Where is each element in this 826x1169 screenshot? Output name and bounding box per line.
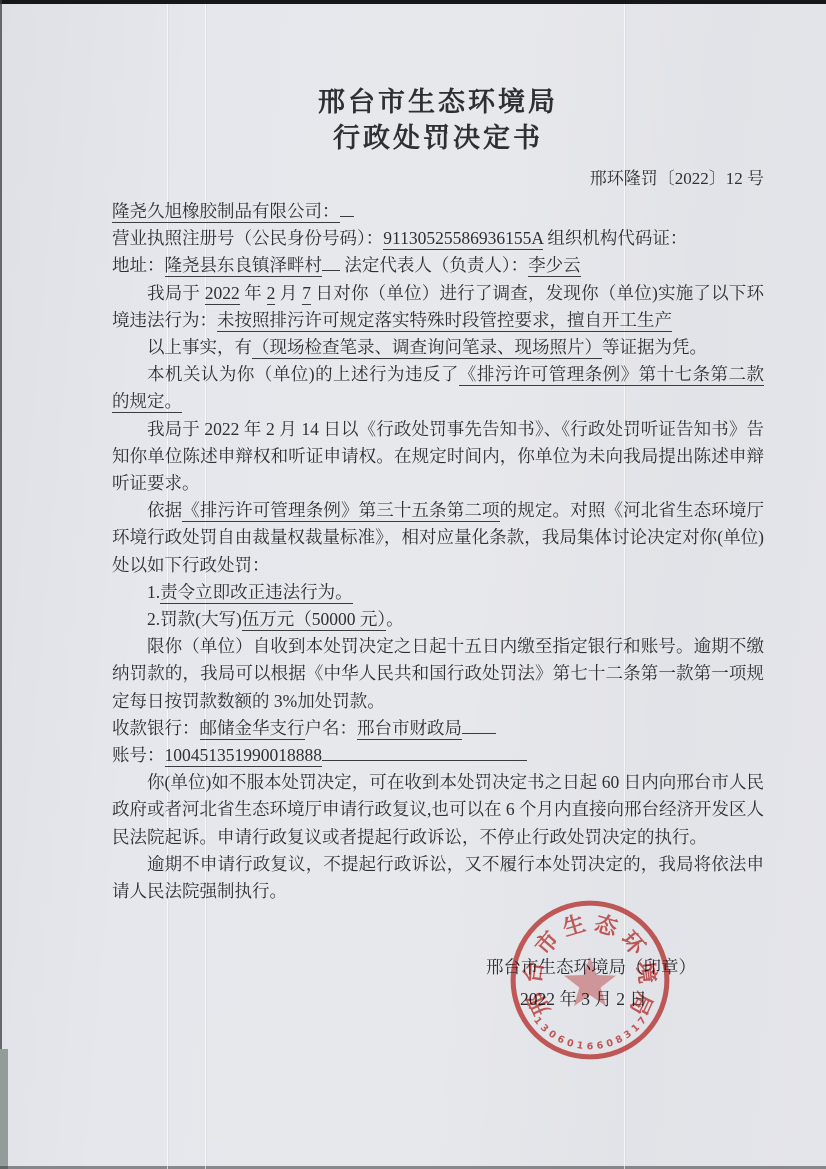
text-segment: 以上事实，有 xyxy=(147,337,252,357)
paragraph: 我局于 2022 年 2 月 7 日对你（单位）进行了调查，发现你（单位)实施了… xyxy=(112,280,764,334)
underlined-text: 《排污许可管理条例》第三十五条第二项 xyxy=(182,500,499,522)
underlined-text: 李少云 xyxy=(528,255,581,277)
document-body: 隆尧久旭橡胶制品有限公司：营业执照注册号（公民身份号码）：91130525586… xyxy=(112,198,764,905)
text-segment: 2.罚款(大写) xyxy=(147,609,242,629)
text-segment: 户名： xyxy=(305,718,358,738)
text-segment: 法定代表人（负责人）： xyxy=(340,255,528,275)
seal-char: 生 xyxy=(560,911,588,941)
seal-char: 邢 xyxy=(522,988,554,1019)
seal-char: 台 xyxy=(519,959,548,985)
seal-digit: 0 xyxy=(565,1037,575,1050)
text-segment: 年 xyxy=(240,283,267,303)
paragraph: 地址：隆尧县东良镇泽畔村 法定代表人（负责人）：李少云 xyxy=(112,252,764,279)
text-segment: 。 xyxy=(386,609,404,629)
underlined-text: 7 xyxy=(302,283,311,305)
text-segment: 你(单位)如不服本处罚决定，可在收到本处罚决定书之日起 60 日内向邢台市人民政… xyxy=(112,772,764,846)
official-seal: 邢台市生态环境局 1306016608317 xyxy=(504,895,676,1067)
paragraph: 营业执照注册号（公民身份号码）：91130525586936155A 组织机构代… xyxy=(112,225,764,252)
paragraph: 隆尧久旭橡胶制品有限公司： xyxy=(112,198,764,225)
underlined-text: 91130525586936155A xyxy=(383,228,543,250)
underlined-text: 邮储金华支行 xyxy=(200,718,305,740)
text-segment: 我局于 xyxy=(147,283,205,303)
text-segment: 等证据为凭。 xyxy=(602,337,707,357)
paragraph: 账号：100451351990018888 xyxy=(112,742,764,769)
text-segment: 依据 xyxy=(147,500,182,520)
text-segment: 收款银行： xyxy=(112,718,200,738)
paragraph: 你(单位)如不服本处罚决定，可在收到本处罚决定书之日起 60 日内向邢台市人民政… xyxy=(112,769,764,851)
underlined-text: 未按照排污许可规定落实特殊时段管控要求，擅自开工生产 xyxy=(217,310,672,332)
document: 邢台市生态环境局 行政处罚决定书 邢环隆罚〔2022〕12 号 隆尧久旭橡胶制品… xyxy=(0,0,826,1169)
seal-digit: 0 xyxy=(605,1037,615,1050)
underlined-text: 隆尧久旭橡胶制品有限公司： xyxy=(112,201,340,223)
underlined-text: 100451351990018888 xyxy=(165,745,323,767)
text-segment: 本机关认为你（单位)的上述行为违反了 xyxy=(147,364,459,384)
underlined-text: 伍万元（50000 元） xyxy=(242,609,386,631)
paragraph: 我局于 2022 年 2 月 14 日以《行政处罚事先告知书》、《行政处罚听证告… xyxy=(112,416,764,498)
seal-char: 境 xyxy=(632,959,661,985)
seal-digit: 6 xyxy=(587,1041,594,1052)
document-title: 邢台市生态环境局 行政处罚决定书 xyxy=(112,0,764,156)
seal-digit: 6 xyxy=(555,1034,566,1047)
seal-char: 局 xyxy=(625,989,657,1020)
underlined-text xyxy=(462,715,496,734)
text-segment: 限你（单位）自收到本处罚决定之日起十五日内缴至指定银行和账号。逾期不缴纳罚款的，… xyxy=(112,636,764,710)
paragraph: 限你（单位）自收到本处罚决定之日起十五日内缴至指定银行和账号。逾期不缴纳罚款的，… xyxy=(112,633,764,715)
paragraph: 依据《排污许可管理条例》第三十五条第二项的规定。对照《河北省生态环境厅环境行政处… xyxy=(112,497,764,579)
seal-char: 环 xyxy=(616,926,650,960)
text-segment: 月 xyxy=(275,283,302,303)
text-segment: 1. xyxy=(147,582,160,602)
underlined-text: 隆尧县东良镇泽畔村 xyxy=(165,255,323,277)
document-number: 邢环隆罚〔2022〕12 号 xyxy=(112,167,764,191)
paragraph: 本机关认为你（单位)的上述行为违反了《排污许可管理条例》第十七条第二款的规定。 xyxy=(112,361,764,415)
text-segment: 逾期不申请行政复议，不提起行政诉讼，又不履行本处罚决定的，我局将依法申请人民法院… xyxy=(112,854,764,901)
text-segment: 营业执照注册号（公民身份号码）： xyxy=(112,228,383,248)
scanned-page: 邢台市生态环境局 行政处罚决定书 邢环隆罚〔2022〕12 号 隆尧久旭橡胶制品… xyxy=(0,0,826,1169)
text-segment: 账号： xyxy=(112,745,165,765)
paragraph: 1.责令立即改正违法行为。 xyxy=(112,579,764,606)
underlined-text xyxy=(322,743,527,762)
paragraph: 2.罚款(大写)伍万元（50000 元）。 xyxy=(112,606,764,633)
seal-digit: 1 xyxy=(576,1040,585,1052)
title-doc-type-line: 行政处罚决定书 xyxy=(112,120,764,156)
text-segment: 我局于 2022 年 2 月 14 日以《行政处罚事先告知书》、《行政处罚听证告… xyxy=(112,419,764,493)
underlined-text: 邢台市财政局 xyxy=(357,718,462,740)
title-org-line: 邢台市生态环境局 xyxy=(112,84,764,120)
seal-star-icon xyxy=(564,957,616,1006)
paragraph: 收款银行：邮储金华支行户名：邢台市财政局 xyxy=(112,715,764,742)
seal-digit: 6 xyxy=(596,1040,605,1052)
seal-char: 市 xyxy=(530,926,563,959)
underlined-text xyxy=(340,199,354,218)
seal-char: 态 xyxy=(592,910,621,941)
underlined-text: 责令立即改正违法行为。 xyxy=(160,582,353,604)
underlined-text: 2022 xyxy=(205,283,240,305)
text-segment: 地址： xyxy=(112,255,165,275)
text-segment: 组织机构代码证： xyxy=(543,228,687,248)
underlined-text xyxy=(322,253,340,272)
underlined-text: （现场检查笔录、调查询问笔录、现场照片） xyxy=(252,337,602,359)
paragraph: 以上事实，有（现场检查笔录、调查询问笔录、现场照片）等证据为凭。 xyxy=(112,334,764,361)
